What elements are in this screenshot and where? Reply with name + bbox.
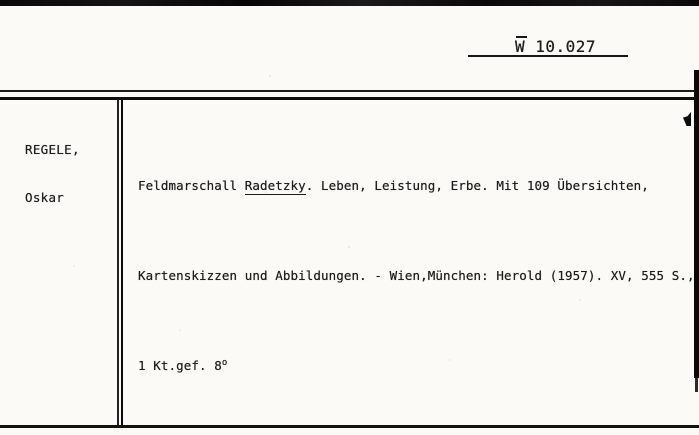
scan-top-edge: [0, 0, 699, 6]
author-heading: REGELE, Oskar: [25, 110, 80, 238]
entry-line-1: Feldmarschall Radetzky. Leben, Leistung,…: [138, 171, 695, 201]
card-bottom-rule: [0, 425, 699, 428]
entry-format-superscript: o: [222, 358, 228, 368]
entry-line1-pre: Feldmarschall: [138, 178, 245, 193]
scan-right-edge-taper: [695, 378, 698, 392]
scan-right-edge: [694, 70, 699, 378]
vertical-rule-thin: [117, 99, 119, 428]
entry-line-2: Kartenskizzen und Abbildungen. - Wien,Mü…: [138, 261, 695, 291]
catalog-entry: Feldmarschall Radetzky. Leben, Leistung,…: [138, 111, 695, 435]
catalog-card-scan: W 10.027 REGELE, Oskar Feldmarschall Rad…: [0, 0, 699, 435]
horizontal-rule-thin: [0, 90, 699, 92]
horizontal-rule-thick: [0, 97, 699, 100]
author-forename: Oskar: [25, 190, 80, 206]
call-number-overbar-mark: [516, 36, 527, 38]
call-number: W 10.027: [515, 37, 596, 56]
vertical-rule-thick: [121, 99, 123, 428]
author-surname: REGELE,: [25, 142, 80, 158]
entry-line-3: 1 Kt.gef. 8o: [138, 351, 695, 381]
entry-title-underlined: Radetzky: [245, 178, 306, 195]
call-number-underline: [468, 55, 628, 57]
entry-line3-base: 1 Kt.gef. 8: [138, 358, 222, 373]
entry-line1-rest: . Leben, Leistung, Erbe. Mit 109 Übersic…: [306, 178, 649, 193]
